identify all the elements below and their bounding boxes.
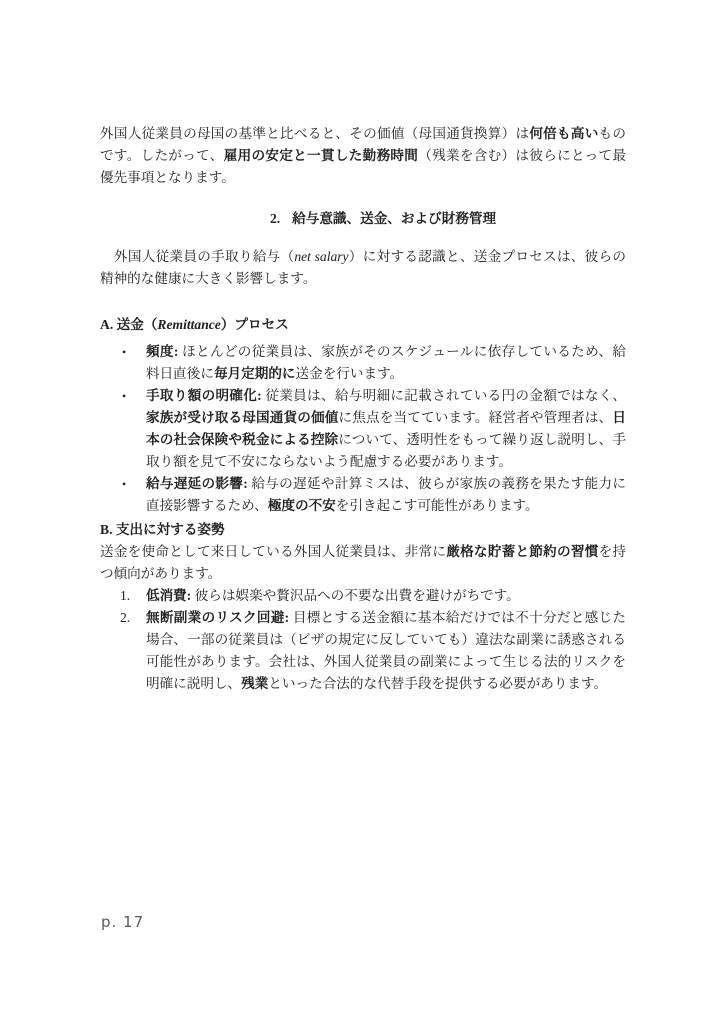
text-run: といった合法的な代替手段を提供する必要があります。 <box>268 676 607 691</box>
text-run: に焦点を当てています。経営者や管理者は、 <box>339 410 613 425</box>
bold-text-run: 極度の不安 <box>268 498 336 513</box>
text-run: を引き起こす可能性があります。 <box>336 498 539 513</box>
expenditure-paragraph: 送金を使命として来日している外国人従業員は、非常に厳格な貯蓄と節約の習慣を持つ傾… <box>100 541 626 585</box>
bullet-icon: • <box>122 341 144 363</box>
bold-text-run: 給与遅延の影響: <box>146 476 248 491</box>
bold-text-run: 毎月定期的に <box>214 366 296 381</box>
document-page: 外国人従業員の母国の基準と比べると、その価値（母国通貨換算）は何倍も高いものです… <box>0 0 724 1024</box>
text-run: 送金を使命として来日している外国人従業員は、非常に <box>100 544 446 559</box>
text-run: 従業員は、給与明細に記載されている円の金額ではなく、 <box>262 388 626 403</box>
intro-paragraph: 外国人従業員の母国の基準と比べると、その価値（母国通貨換算）は何倍も高いものです… <box>100 123 626 189</box>
bullet-icon: • <box>122 473 144 495</box>
bullet-icon: • <box>122 385 144 407</box>
bullet-list: •頻度: ほとんどの従業員は、家族がそのスケジュールに依存しているため、給料日直… <box>100 341 626 517</box>
text-run: 外国人従業員の手取り給与（ <box>114 249 294 264</box>
list-item: •頻度: ほとんどの従業員は、家族がそのスケジュールに依存しているため、給料日直… <box>100 341 626 385</box>
bold-text-run: 無断副業のリスク回避: <box>146 610 289 625</box>
page-number: p. 17 <box>101 911 144 933</box>
text-run: 外国人従業員の母国の基準と比べると、その価値（母国通貨換算）は <box>100 126 529 141</box>
numbered-list: 1.低消費: 彼らは娯楽や贅沢品への不要な出費を避けがちです。 2.無断副業のリ… <box>100 585 626 695</box>
heading-title: 給与意識、送金、および財務管理 <box>292 211 496 226</box>
heading-number: 2. <box>270 211 280 226</box>
section-heading: 2.給与意識、送金、および財務管理 <box>100 208 626 230</box>
bold-text-run: A. 送金（ <box>100 317 157 332</box>
expenditure-attitude-heading: B. 支出に対する姿勢 <box>100 519 626 541</box>
list-item: •手取り額の明確化: 従業員は、給与明細に記載されている円の金額ではなく、家族が… <box>100 385 626 473</box>
list-item: 1.低消費: 彼らは娯楽や贅沢品への不要な出費を避けがちです。 <box>100 585 626 607</box>
list-number: 1. <box>120 585 142 607</box>
net-salary-paragraph: 外国人従業員の手取り給与（net salary）に対する認識と、送金プロセスは、… <box>100 246 626 290</box>
list-item: •給与遅延の影響: 給与の遅延や計算ミスは、彼らが家族の義務を果たす能力に直接影… <box>100 473 626 517</box>
bold-text-run: 残業 <box>241 676 268 691</box>
document-body: 外国人従業員の母国の基準と比べると、その価値（母国通貨換算）は何倍も高いものです… <box>100 0 626 695</box>
text-run: 送金を行います。 <box>296 366 404 381</box>
bold-text-run: 雇用の安定と一貫した勤務時間 <box>224 148 419 163</box>
list-item: 2.無断副業のリスク回避: 目標とする送金額に基本給だけでは不十分だと感じた場合… <box>100 607 626 695</box>
list-number: 2. <box>120 607 142 629</box>
text-run: 彼らは娯楽や贅沢品への不要な出費を避けがちです。 <box>191 588 519 603</box>
bold-italic-text-run: Remittance <box>157 317 220 332</box>
remittance-process-heading: A. 送金（Remittance）プロセス <box>100 314 626 336</box>
bold-text-run: 家族が受け取る母国通貨の価値 <box>146 410 339 425</box>
bold-text-run: 何倍も高い <box>529 126 598 141</box>
bold-text-run: 頻度: <box>146 344 178 359</box>
bold-text-run: 厳格な貯蓄と節約の習慣 <box>446 544 598 559</box>
bold-text-run: B. 支出に対する姿勢 <box>100 522 225 537</box>
italic-text-run: net salary <box>294 249 348 264</box>
bold-text-run: 低消費: <box>146 588 191 603</box>
bold-text-run: ）プロセス <box>221 317 289 332</box>
bold-text-run: 手取り額の明確化: <box>146 388 262 403</box>
